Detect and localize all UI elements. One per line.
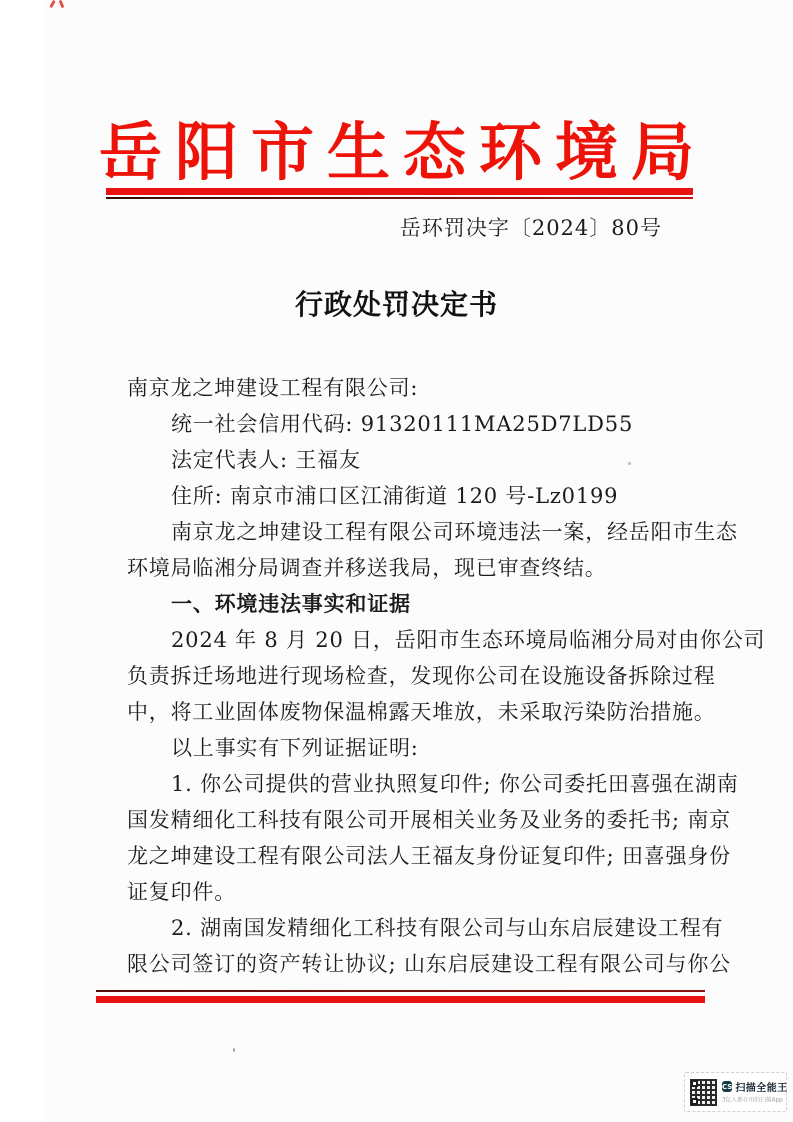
- scan-speckle: [233, 1048, 235, 1052]
- scan-speckle: [628, 462, 631, 465]
- scan-artifact-mark: [49, 0, 67, 8]
- body-line: 中，将工业固体废物保温棉露天堆放，未采取污染防治措施。: [127, 694, 687, 730]
- body-line: 证复印件。: [127, 874, 687, 910]
- watermark-app-name: 扫描全能王: [735, 1079, 788, 1094]
- body-line: 负责拆迁场地进行现场检查，发现你公司在设施设备拆除过程: [127, 658, 687, 694]
- camscanner-logo-icon: CS: [722, 1081, 732, 1092]
- body-line: 2024 年 8 月 20 日，岳阳市生态环境局临湘分局对由你公司: [127, 622, 687, 658]
- footer-divider-thin-line: [96, 990, 705, 992]
- body-line: 以上事实有下列证据证明:: [127, 730, 687, 766]
- body-line: 限公司签订的资产转让协议; 山东启辰建设工程有限公司与你公: [127, 946, 687, 982]
- footer-divider: [96, 990, 705, 1003]
- header-divider: [106, 188, 693, 199]
- document-body: 南京龙之坤建设工程有限公司:统一社会信用代码: 91320111MA25D7LD…: [127, 370, 687, 982]
- body-line: 法定代表人: 王福友: [127, 442, 687, 478]
- camscanner-watermark: CS 扫描全能王 3亿人都在用的扫描App: [684, 1072, 787, 1112]
- body-line: 南京龙之坤建设工程有限公司环境违法一案，经岳阳市生态: [127, 514, 687, 550]
- qr-code-icon: [690, 1079, 717, 1106]
- letterhead-title: 岳阳市生态环境局: [0, 102, 793, 193]
- scanned-document-page: 岳阳市生态环境局 岳环罚决字〔2024〕80号 行政处罚决定书 南京龙之坤建设工…: [0, 0, 793, 1122]
- body-line: 2. 湖南国发精细化工科技有限公司与山东启辰建设工程有: [127, 910, 687, 946]
- header-divider-thick-line: [106, 188, 693, 195]
- body-line: 龙之坤建设工程有限公司法人王福友身份证复印件; 田喜强身份: [127, 838, 687, 874]
- body-line: 一、环境违法事实和证据: [127, 586, 687, 622]
- document-number: 岳环罚决字〔2024〕80号: [400, 212, 662, 242]
- body-line: 南京龙之坤建设工程有限公司:: [127, 370, 687, 406]
- body-line: 统一社会信用代码: 91320111MA25D7LD55: [127, 406, 687, 442]
- header-divider-thin-line: [106, 197, 693, 199]
- watermark-tagline: 3亿人都在用的扫描App: [722, 1096, 770, 1104]
- body-line: 环境局临湘分局调查并移送我局，现已审查终结。: [127, 550, 687, 586]
- body-line: 1. 你公司提供的营业执照复印件; 你公司委托田喜强在湖南: [127, 766, 687, 802]
- document-title: 行政处罚决定书: [0, 283, 793, 323]
- body-line: 国发精细化工科技有限公司开展相关业务及业务的委托书; 南京: [127, 802, 687, 838]
- body-line: 住所: 南京市浦口区江浦街道 120 号-Lz0199: [127, 478, 687, 514]
- footer-divider-thick-line: [96, 996, 705, 1003]
